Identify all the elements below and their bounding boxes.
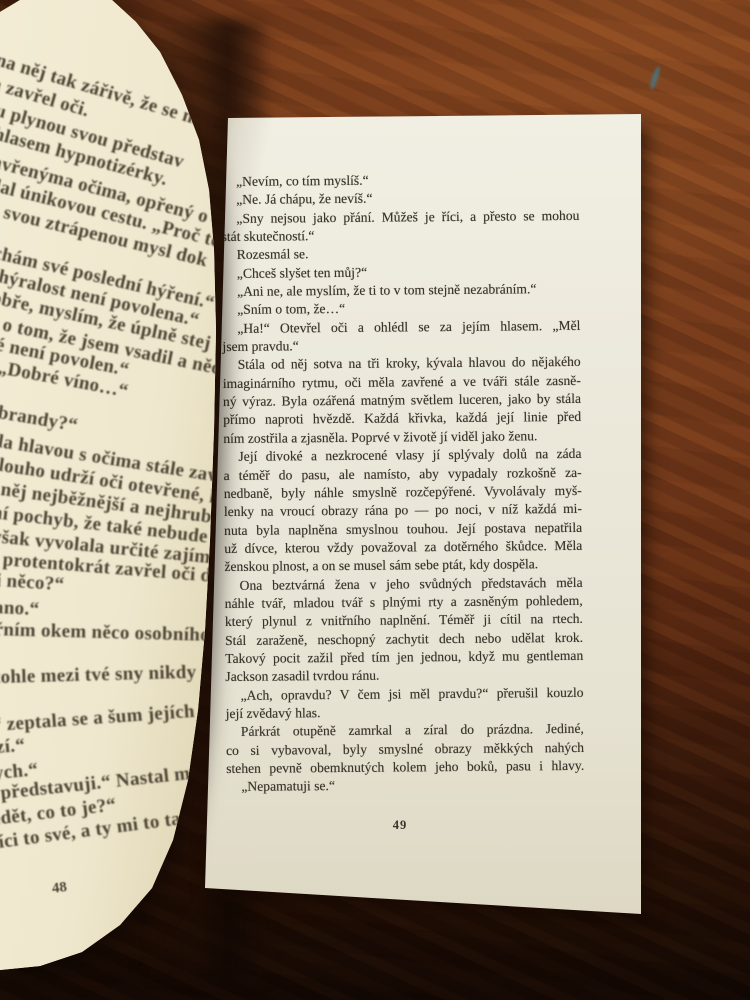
right-page-line: „Sny nejsou jako přání. Můžeš je říci, a… bbox=[221, 207, 579, 228]
right-page-line: „Ha!“ Otevřel oči a ohlédl se za jejím h… bbox=[222, 317, 580, 338]
right-page-line: Její divoké a nezkrocené vlasy jí splýva… bbox=[223, 445, 581, 466]
right-page-line: „Ach, opravdu? V čem jsi měl pravdu?“ př… bbox=[225, 683, 583, 704]
left-page-line: třním okem něco osobního. bbox=[0, 619, 215, 647]
left-page-number: 48 bbox=[51, 879, 68, 898]
left-page-line: tohle mezi tvé sny nikdy pa bbox=[0, 661, 222, 689]
right-page-line: „Ani ne, ale myslím, že ti to v tom stej… bbox=[222, 280, 580, 301]
right-page-number: 49 bbox=[221, 818, 579, 833]
left-page-line: ano.“ bbox=[0, 597, 40, 621]
right-page-line: Takový pocit zažil před tím jen jednou, … bbox=[225, 647, 583, 668]
right-page-line: lenky na vroucí obrazy rána po — po noci… bbox=[224, 500, 582, 521]
book-left-page: na něj tak zářivě, že se měa zavřel oči.… bbox=[0, 0, 232, 990]
right-page-text: „Nevím, co tím myslíš.“„Ne. Já chápu, že… bbox=[221, 170, 584, 797]
left-page-line: zí.“ bbox=[0, 735, 26, 759]
left-page-text: na něj tak zářivě, že se měa zavřel oči.… bbox=[0, 0, 232, 990]
left-page-line: brandy?“ bbox=[0, 402, 79, 437]
book-photo: „Nevím, co tím myslíš.“„Ne. Já chápu, že… bbox=[0, 0, 750, 1000]
right-page-line: stehen pevně obemknutých kolem jeho boků… bbox=[226, 757, 584, 778]
right-page-paper: „Nevím, co tím myslíš.“„Ne. Já chápu, že… bbox=[204, 112, 641, 916]
book-right-page: „Nevím, co tím myslíš.“„Ne. Já chápu, že… bbox=[204, 112, 641, 916]
left-page-line: i něco?“ bbox=[0, 570, 65, 596]
right-page-line: „Nepamatuji se.“ bbox=[226, 775, 584, 796]
left-page-line: “ zeptala se a šum jejích bbox=[0, 701, 196, 737]
